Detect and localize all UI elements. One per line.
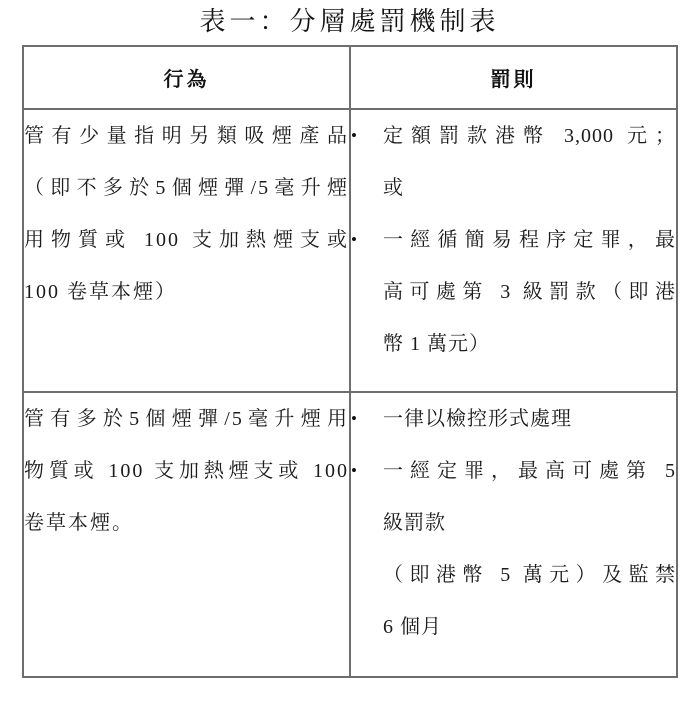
behavior-text-line: 管有多於5個煙彈/5毫升煙用	[24, 393, 349, 445]
penalty-text-line: 幣 1 萬元）	[383, 318, 676, 370]
table-row: 管有多於5個煙彈/5毫升煙用 物質或 100 支加熱煙支或 100 卷草本煙。 …	[23, 392, 677, 677]
penalty-list-item: • 一律以檢控形式處理	[351, 393, 676, 445]
penalty-text-line: 6 個月	[383, 601, 676, 653]
behavior-text-line: 管有少量指明另類吸煙產品	[24, 110, 349, 162]
penalty-text-line: 一經定罪，最高可處第 5	[383, 445, 676, 497]
penalty-text-line: 定額罰款港幣 3,000 元；	[383, 110, 676, 162]
penalty-list-item: • 一經定罪，最高可處第 5 級罰款 （即港幣 5 萬元）及監禁 6 個月	[351, 445, 676, 653]
penalty-list-item: • 定額罰款港幣 3,000 元； 或	[351, 110, 676, 214]
penalty-text-line: 或	[383, 162, 676, 214]
penalty-cell-row2: • 一律以檢控形式處理 • 一經定罪，最高可處第 5 級罰款 （即港幣 5 萬元…	[350, 392, 677, 677]
behavior-text-line: 卷草本煙。	[24, 497, 349, 549]
column-header-behavior: 行為	[23, 46, 350, 109]
penalty-text-line: 一經循簡易程序定罪，最	[383, 214, 676, 266]
bullet-icon: •	[351, 393, 383, 445]
document-page: 表一：分層處罰機制表 行為 罰則 管有少量指明另類吸煙產品 （即不多於5個煙彈/…	[0, 0, 699, 704]
penalty-list-item: • 一經循簡易程序定罪，最 高可處第 3 級罰款（即港 幣 1 萬元）	[351, 214, 676, 370]
header-row: 行為 罰則	[23, 46, 677, 109]
penalty-text-line: 一律以檢控形式處理	[383, 393, 676, 445]
behavior-text-line: 物質或 100 支加熱煙支或 100	[24, 445, 349, 497]
behavior-cell-row2: 管有多於5個煙彈/5毫升煙用 物質或 100 支加熱煙支或 100 卷草本煙。	[23, 392, 350, 677]
behavior-text-line: 用物質或 100 支加熱煙支或	[24, 214, 349, 266]
behavior-cell-row1: 管有少量指明另類吸煙產品 （即不多於5個煙彈/5毫升煙 用物質或 100 支加熱…	[23, 109, 350, 392]
penalty-text-line: 高可處第 3 級罰款（即港	[383, 266, 676, 318]
table-row: 管有少量指明另類吸煙產品 （即不多於5個煙彈/5毫升煙 用物質或 100 支加熱…	[23, 109, 677, 392]
bullet-icon: •	[351, 445, 383, 653]
penalty-text-line: 級罰款	[383, 497, 676, 549]
column-header-penalty: 罰則	[350, 46, 677, 109]
table-title: 表一：分層處罰機制表	[0, 5, 699, 39]
bullet-icon: •	[351, 110, 383, 214]
penalty-cell-row1: • 定額罰款港幣 3,000 元； 或 • 一經循簡易程序定罪，最 高可處第 3…	[350, 109, 677, 392]
behavior-text-line: （即不多於5個煙彈/5毫升煙	[24, 162, 349, 214]
behavior-text-line: 100 卷草本煙）	[24, 266, 349, 318]
penalty-text-line: （即港幣 5 萬元）及監禁	[383, 549, 676, 601]
bullet-icon: •	[351, 214, 383, 370]
penalty-table: 行為 罰則 管有少量指明另類吸煙產品 （即不多於5個煙彈/5毫升煙 用物質或 1…	[22, 45, 678, 678]
